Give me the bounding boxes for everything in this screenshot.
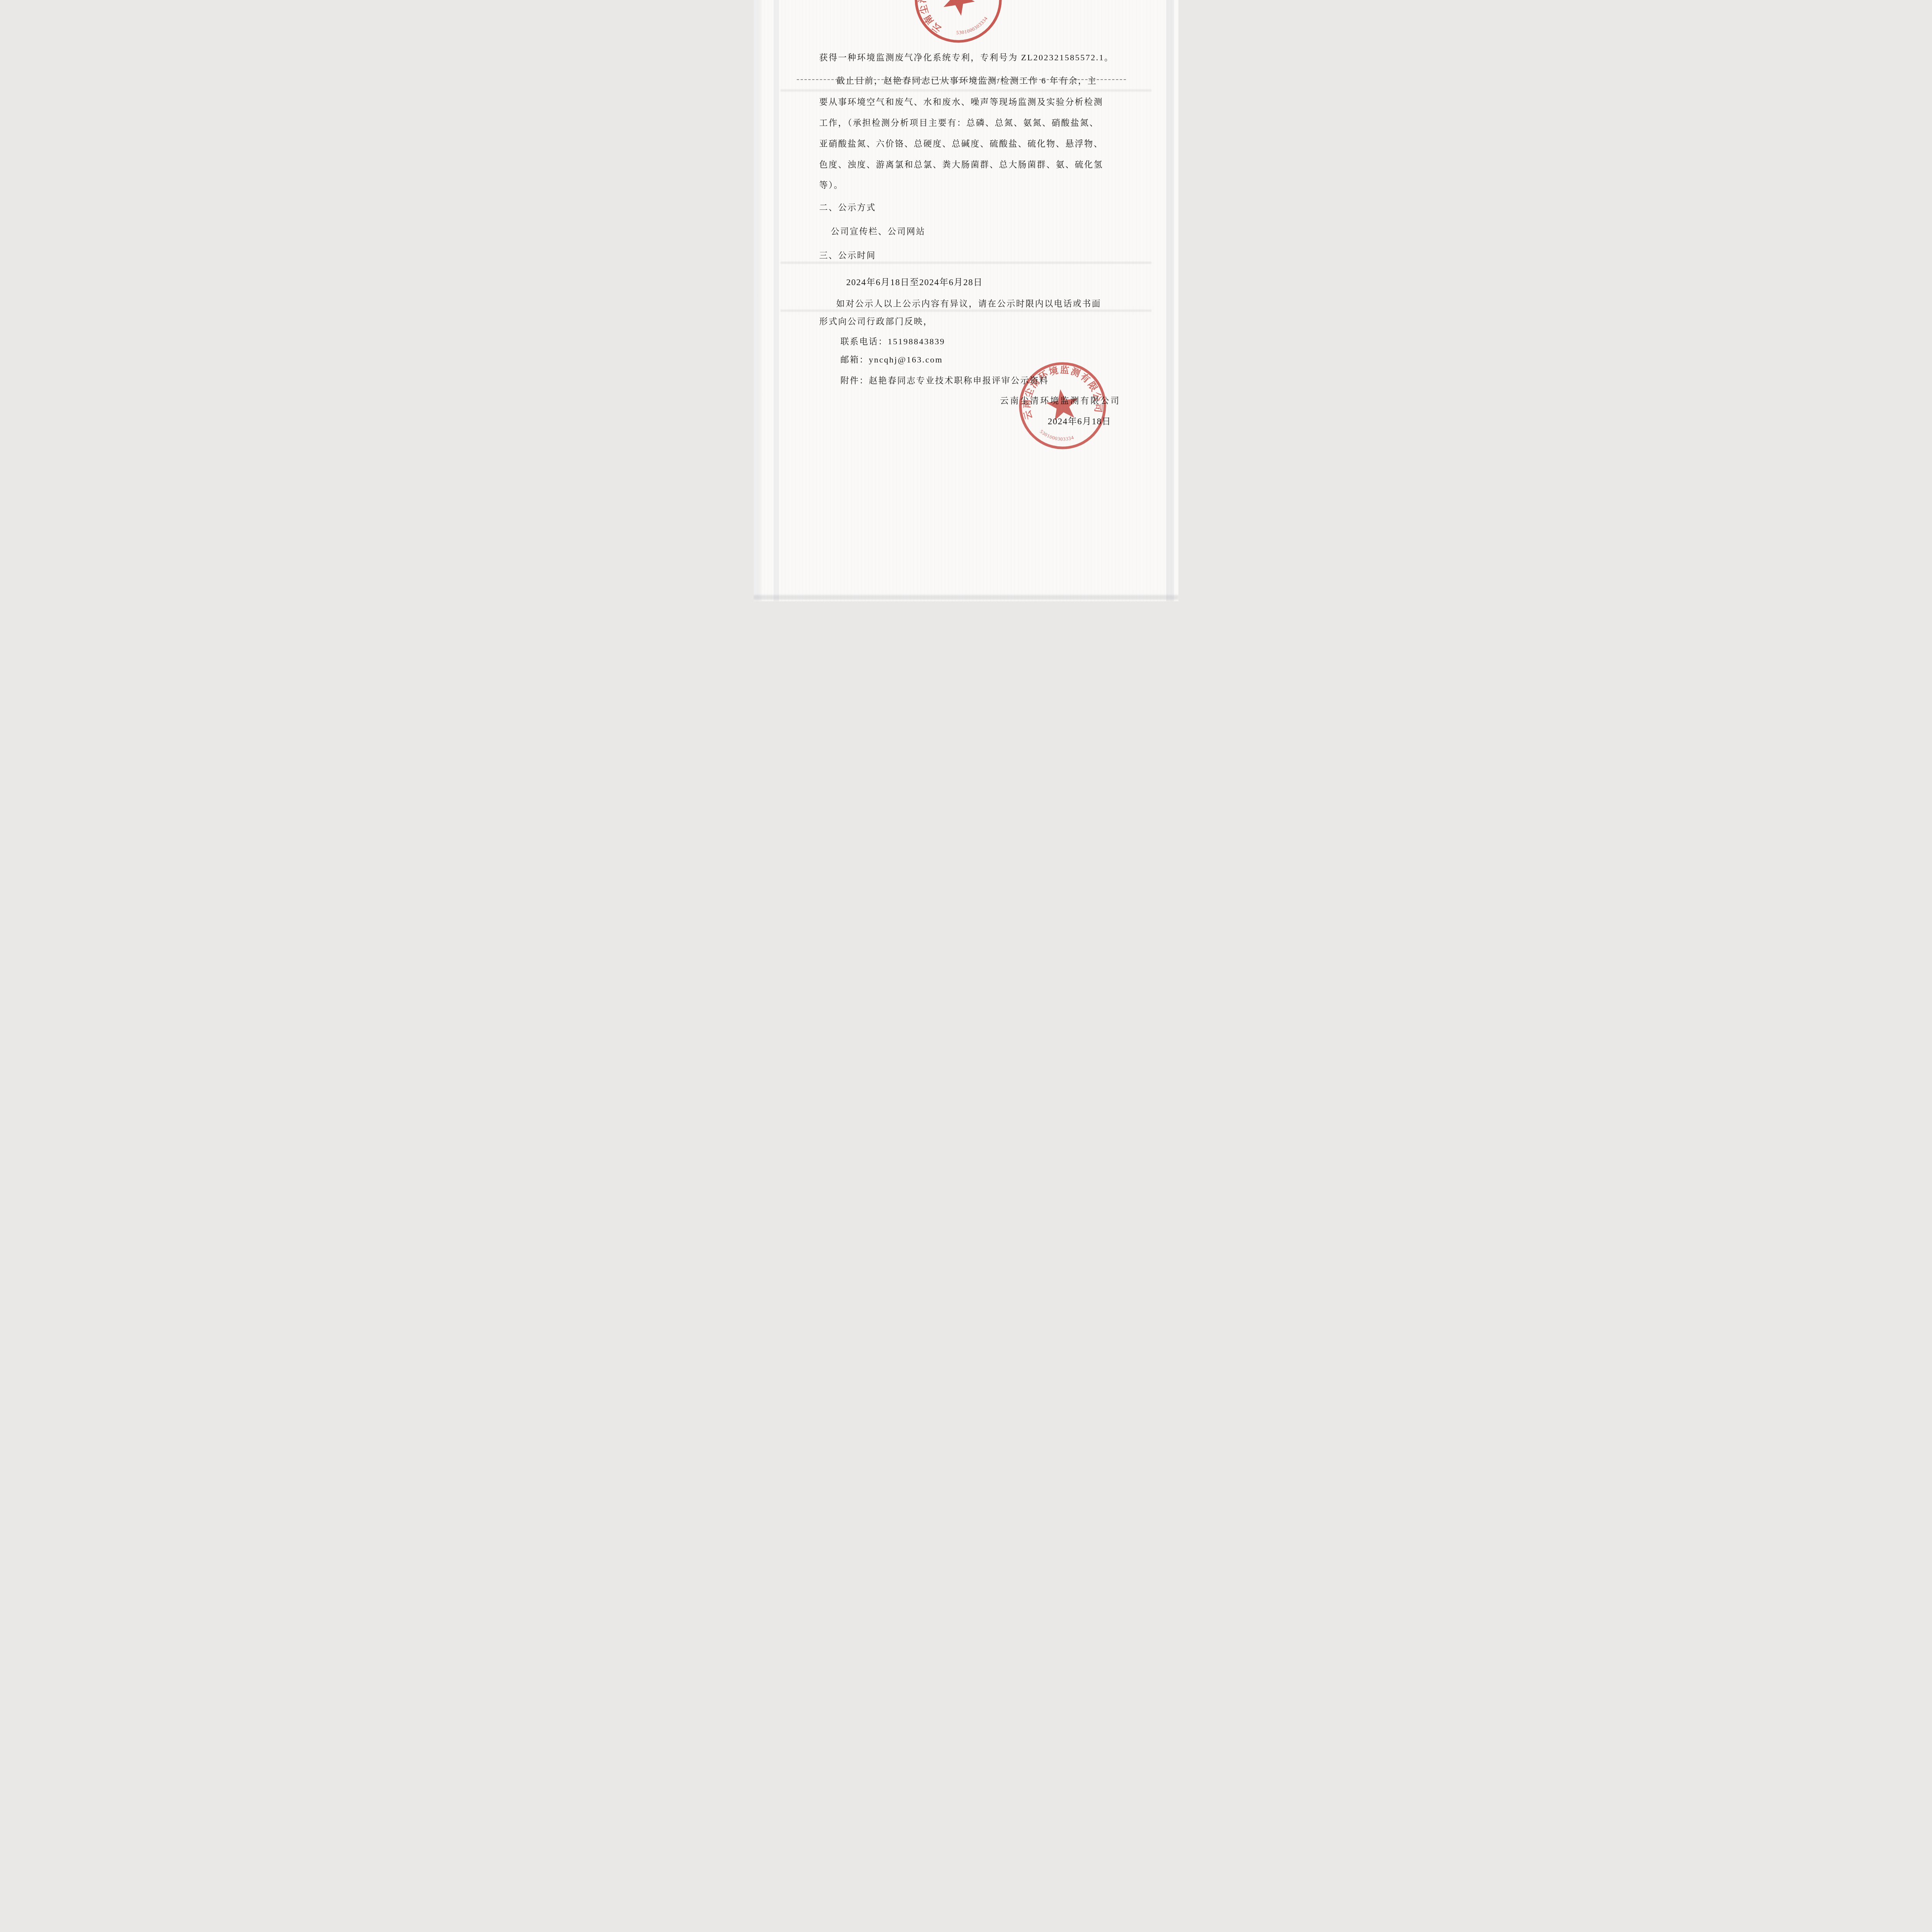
seal-star-icon xyxy=(935,0,979,20)
experience-paragraph-line-6: 等）。 xyxy=(819,179,844,190)
experience-paragraph-line-4: 亚硝酸盐氮、六价铬、总硬度、总碱度、硫酸盐、硫化物、悬浮物、 xyxy=(819,137,1103,149)
scan-streak-right xyxy=(1166,0,1174,601)
seal-number-arc-text: 5301000303334 xyxy=(954,8,989,44)
attachment-line: 附件：赵艳春同志专业技术职称申报评审公示资料 xyxy=(840,374,1049,386)
experience-paragraph-line-1: 截止目前，赵艳春同志已从事环境监测/检测工作 6 年有余，主 xyxy=(836,74,1097,86)
publicity-method-body: 公司宣传栏、公司网站 xyxy=(831,225,925,237)
scan-bottom-band xyxy=(753,595,1179,600)
objection-paragraph-line-2: 形式向公司行政部门反映， xyxy=(819,315,933,327)
intro-line: 获得一种环境监测废气净化系统专利，专利号为 ZL202321585572.1。 xyxy=(819,51,1114,63)
seal-number-arc-text: 5301000303334 xyxy=(1038,425,1075,446)
seal-company-arc-text: 云南尘清环境监测有限公司 xyxy=(900,0,997,39)
scan-smudge-3 xyxy=(781,310,1151,312)
section-heading-publicity-method: 二、公示方式 xyxy=(819,201,876,213)
seal-ring xyxy=(899,0,1018,59)
contact-phone-line: 联系电话：15198843839 xyxy=(840,335,945,347)
experience-paragraph-line-5: 色度、浊度、游离氯和总氯、粪大肠菌群、总大肠菌群、氨、硫化氢 xyxy=(819,158,1103,170)
contact-email-line: 邮箱：yncqhj@163.com xyxy=(840,353,943,365)
signature-date: 2024年6月18日 xyxy=(819,414,1121,427)
scan-smudge-1 xyxy=(781,89,1151,92)
experience-paragraph-line-2: 要从事环境空气和废气、水和废水、噪声等现场监测及实验分析检测 xyxy=(819,95,1103,107)
scan-smudge-2 xyxy=(781,262,1151,264)
scanned-document-page: 获得一种环境监测废气净化系统专利，专利号为 ZL202321585572.1。 … xyxy=(753,0,1179,601)
experience-paragraph-line-3: 工作，（承担检测分析项目主要有：总磷、总氮、氨氮、硝酸盐氮、 xyxy=(819,116,1099,128)
scan-streak-left xyxy=(774,0,779,601)
section-heading-publicity-time: 三、公示时间 xyxy=(819,249,876,261)
signature-company-name: 云南尘清环境监测有限公司 xyxy=(819,394,1121,406)
publicity-date-range: 2024年6月18日至2024年6月28日 xyxy=(846,275,983,288)
objection-paragraph-line-1: 如对公示人以上公示内容有异议，请在公示时限内以电话或书面 xyxy=(836,297,1101,309)
